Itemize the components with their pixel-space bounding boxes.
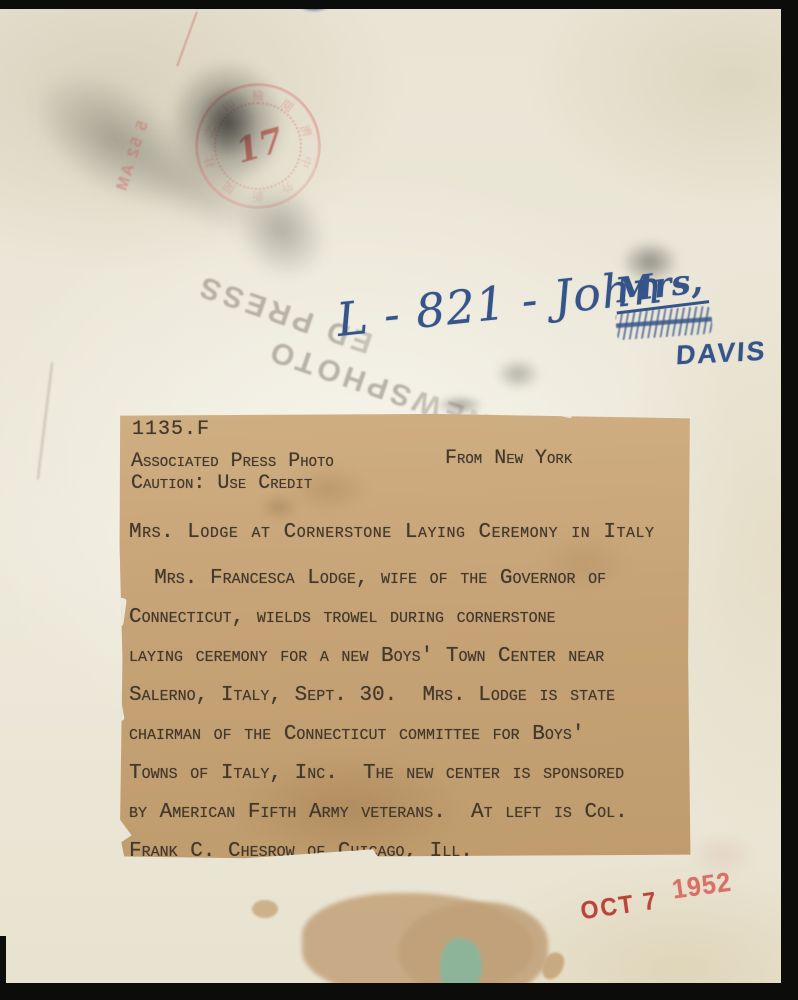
torn-edge-nick (114, 598, 127, 627)
torn-edge-nick (114, 701, 124, 722)
grime-smudge (436, 395, 484, 415)
caption-line: Connecticut, wields trowel during corner… (129, 598, 628, 637)
stain (259, 493, 299, 521)
grime-smudge (495, 358, 541, 390)
red-hairline-mark (176, 11, 198, 66)
handwritten-name: DAVIS (675, 336, 767, 372)
ink-fingerprint-smudge (196, 86, 258, 158)
credit-warning: Caution: Use Credit (131, 472, 312, 495)
caption-card: 1135.F Associated Press Photo From New Y… (119, 413, 691, 860)
paper-crease (37, 362, 53, 479)
seal-rim-glyph: 中 (297, 153, 315, 171)
photo-back: 檢閱濟中外新聞社之印 17 5 52 AM NEWSPHOTO ED PRESS… (0, 0, 798, 1000)
caption-line: Frank C. Chesrow of Chicago, Ill. (129, 832, 628, 871)
archive-number: 1135.F (132, 418, 210, 441)
photo-edge (0, 0, 798, 9)
caption-line: chairman of the Connecticut committee fo… (129, 715, 628, 754)
photo-edge (0, 936, 6, 1000)
paper-residue (252, 900, 278, 918)
caption-line: Salerno, Italy, Sept. 30. Mrs. Lodge is … (129, 676, 628, 715)
agency-credit: Associated Press Photo (131, 450, 334, 473)
seal-rim-glyph: 濟 (297, 122, 315, 140)
caption-line: laying ceremony for a new Boys' Town Cen… (129, 637, 628, 676)
photo-edge (781, 0, 798, 1000)
caption-line: by American Fifth Army veterans. At left… (129, 793, 628, 832)
date-stamp-year: 1952 (670, 867, 733, 905)
torn-edge-nick (556, 407, 573, 418)
photo-edge (0, 983, 798, 1000)
caption-line: Mrs. Francesca Lodge, wife of the Govern… (129, 559, 628, 598)
caption-body: Mrs. Francesca Lodge, wife of the Govern… (129, 559, 628, 871)
caption-line: Towns of Italy, Inc. The new center is s… (129, 754, 628, 793)
date-stamp: OCT 71952 (579, 874, 735, 926)
origin-line: From New York (445, 447, 572, 470)
date-stamp-date: OCT 7 (579, 886, 660, 925)
struck-out-word (615, 306, 713, 341)
caption-title: Mrs. Lodge at Cornerstone Laying Ceremon… (129, 521, 654, 544)
